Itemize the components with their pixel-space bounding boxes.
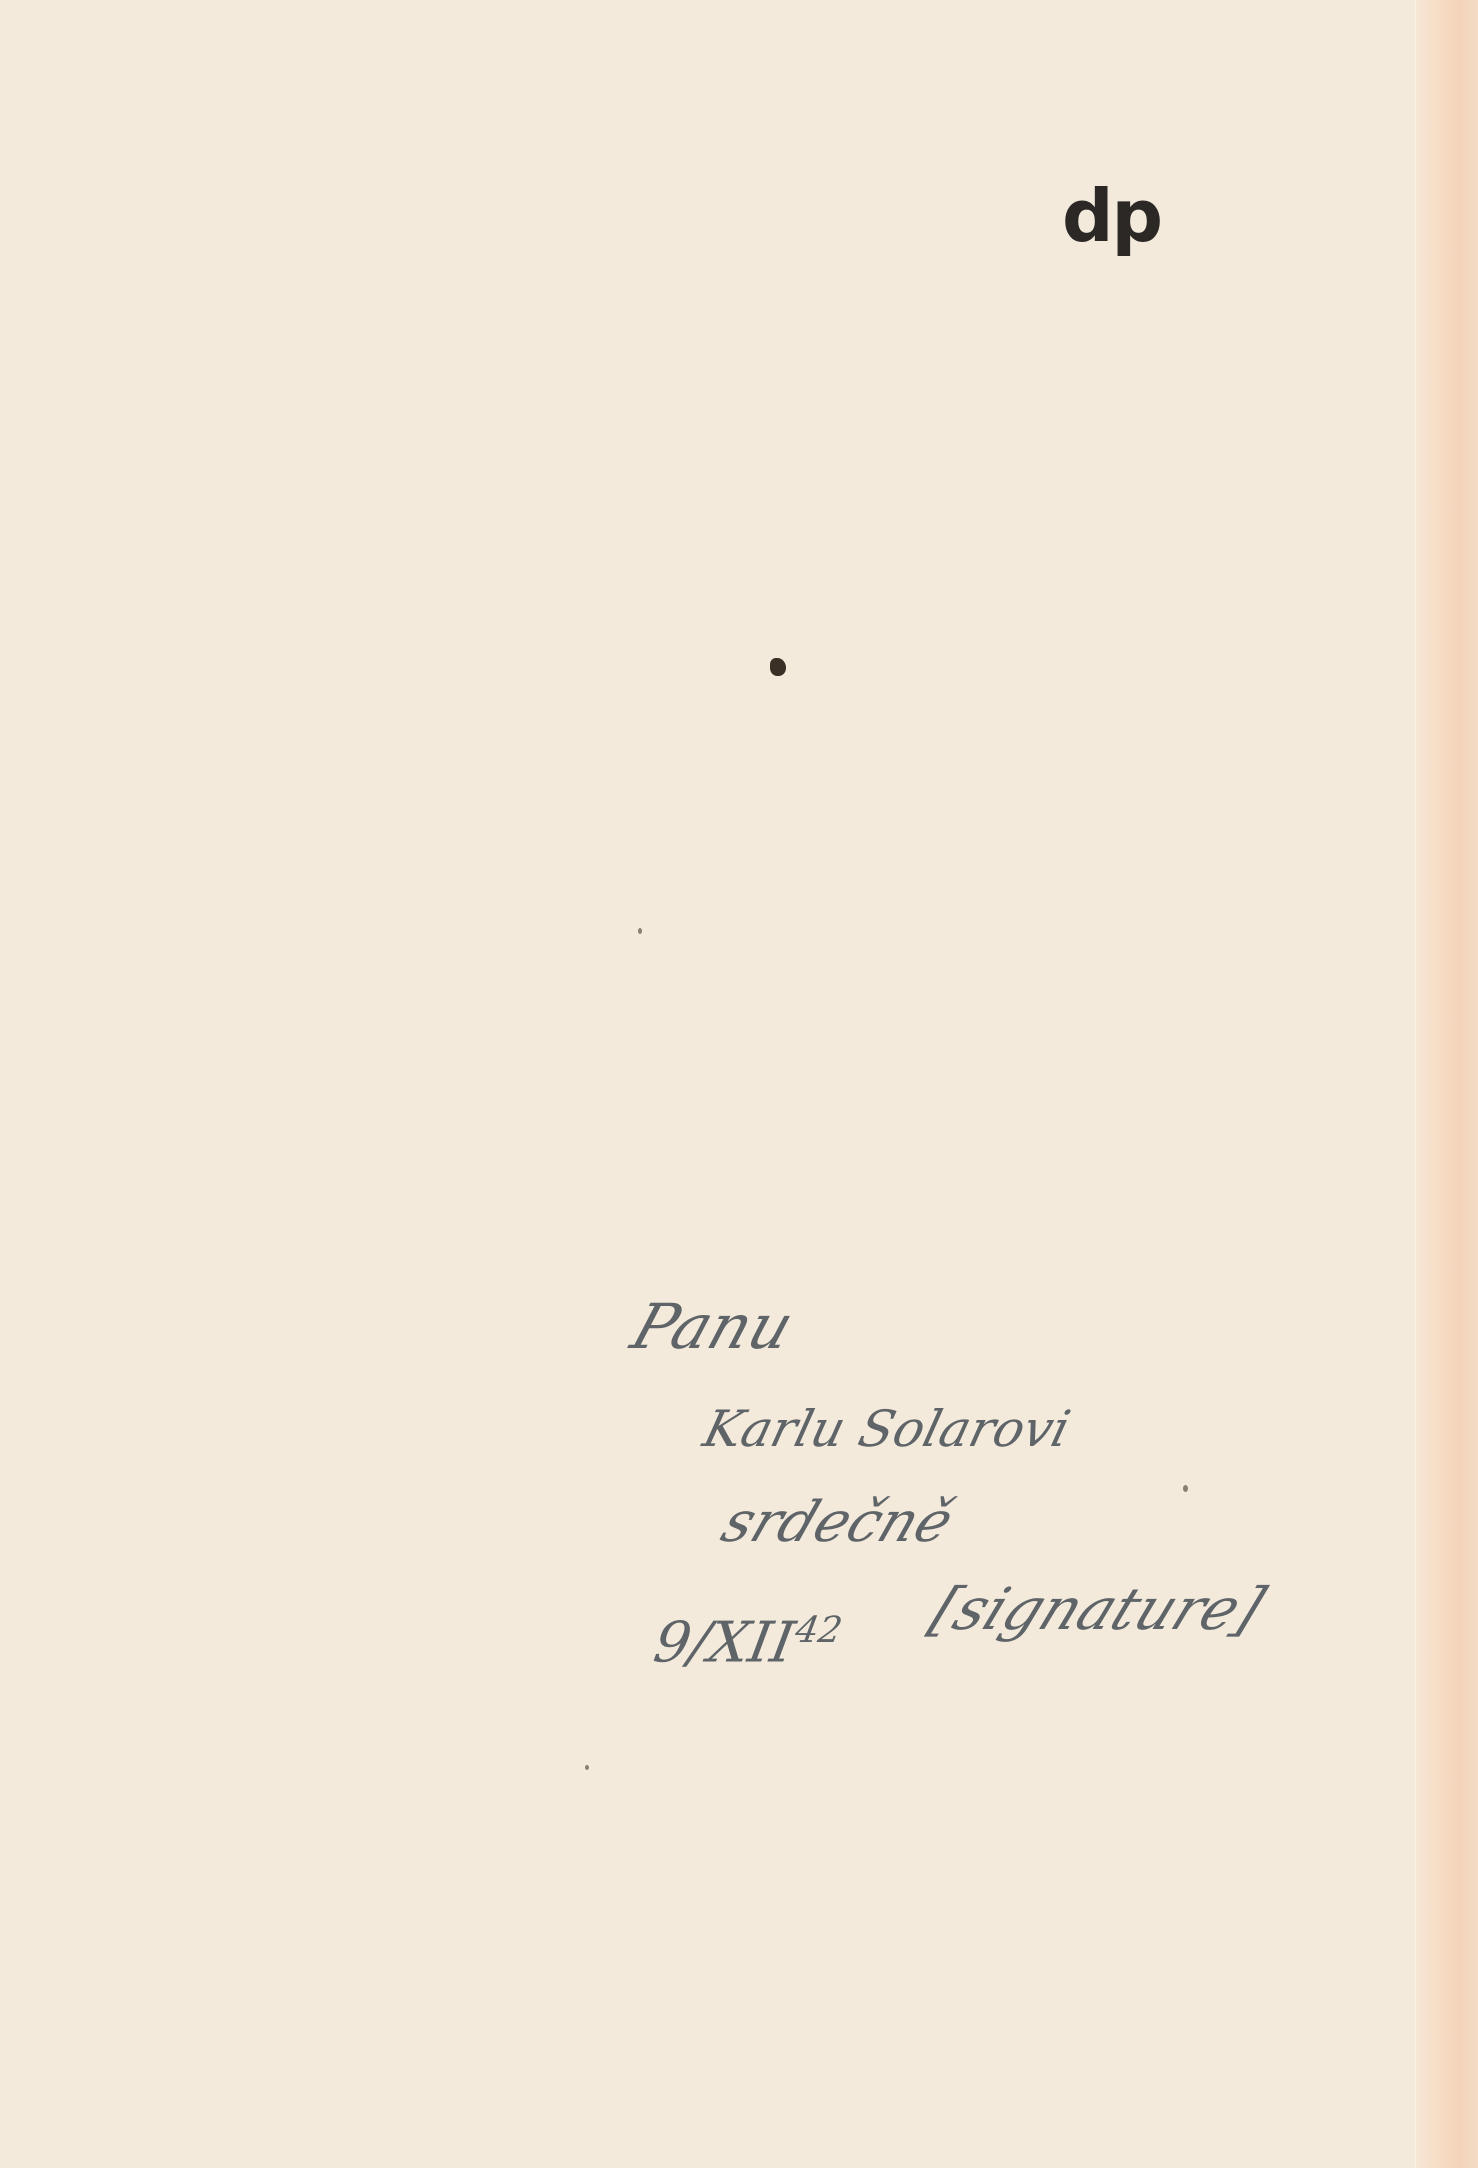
date-day-month: 9/XII [649,1611,799,1676]
inscription-line: Karlu Solarovi [698,1400,1076,1458]
inscription-line: Panu [623,1290,802,1363]
handwritten-inscription: Panu Karlu Solarovi srdečně [signature] … [0,0,1478,2168]
inscription-line: srdečně [713,1490,962,1555]
date-year: 42 [792,1610,845,1651]
signature: [signature] [921,1575,1274,1643]
inscription-date: 9/XII42 [649,1610,845,1676]
